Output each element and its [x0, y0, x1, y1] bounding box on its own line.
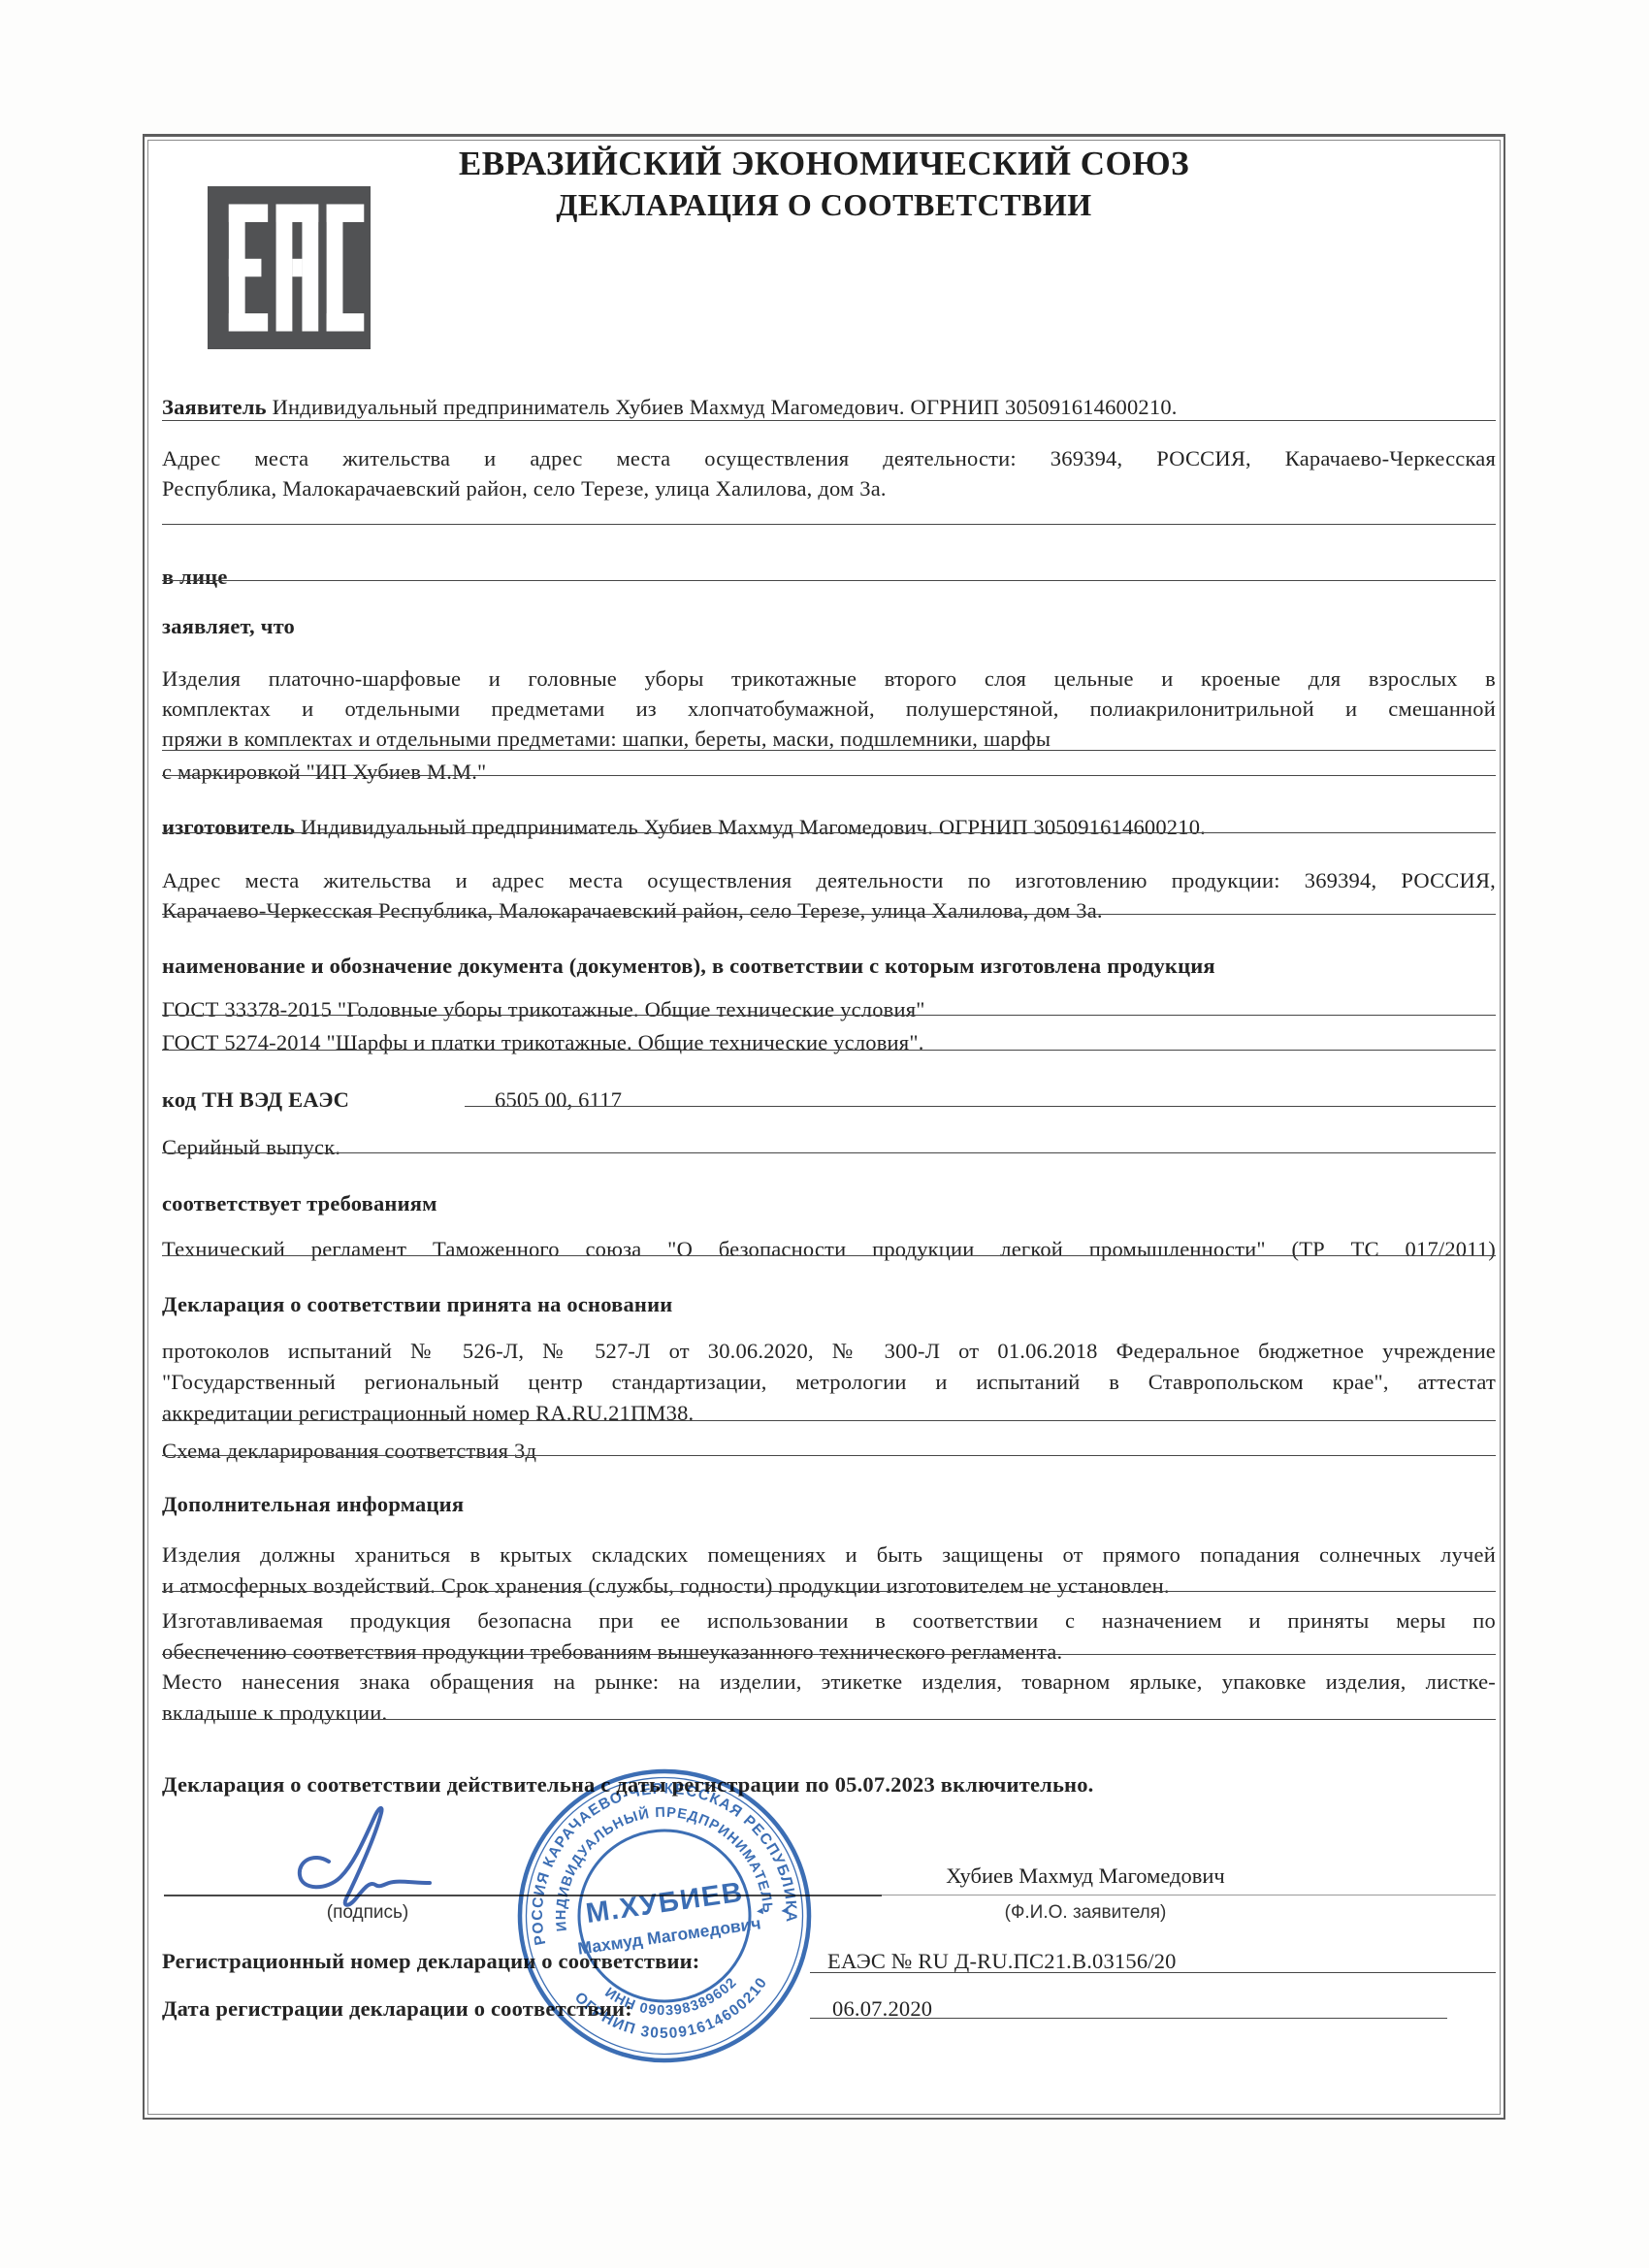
manufacturer-row: изготовитель Индивидуальный предпринимат…	[162, 813, 1496, 842]
safety-info: Изготавливаемая продукция безопасна при …	[162, 1605, 1496, 1668]
rule	[162, 1420, 1496, 1421]
rule	[162, 914, 1496, 915]
storage-info: Изделия должны храниться в крытых складс…	[162, 1539, 1496, 1602]
rule	[162, 1654, 1496, 1655]
docs-heading: наименование и обозначение документа (до…	[162, 952, 1496, 981]
manufacturer-address: Адрес места жительства и адрес места осу…	[162, 865, 1496, 925]
manufacturer-label: изготовитель	[162, 815, 295, 839]
rule	[162, 1455, 1496, 1456]
tnved-label: код ТН ВЭД ЕАЭС	[162, 1087, 349, 1112]
rule	[162, 750, 1496, 751]
basis-label: Декларация о соответствии принята на осн…	[162, 1290, 1496, 1319]
product-description: Изделия платочно-шарфовые и головные убо…	[162, 664, 1496, 754]
rule	[162, 832, 1496, 833]
rule	[810, 1972, 1496, 1973]
rule	[162, 1152, 1496, 1153]
stamp-separator-icon: ◄	[778, 1903, 791, 1918]
additional-label: Дополнительная информация	[162, 1490, 1496, 1519]
rule	[162, 775, 1496, 776]
rule	[162, 524, 1496, 525]
applicant-row: Заявитель Индивидуальный предприниматель…	[162, 393, 1496, 422]
declaration-document: ЕВРАЗИЙСКИЙ ЭКОНОМИЧЕСКИЙ СОЮЗ ДЕКЛАРАЦИ…	[143, 134, 1505, 2120]
gost-1: ГОСТ 33378-2015 "Головные уборы трикотаж…	[162, 995, 1496, 1024]
in-person-label: в лице	[162, 563, 1496, 592]
scanned-page: { "doc": { "header": { "union": "ЕВРАЗИЙ…	[0, 0, 1649, 2268]
rule	[465, 1106, 1496, 1107]
rule	[162, 1015, 1496, 1016]
complies-label: соответствует требованиям	[162, 1189, 1496, 1218]
declares-label: заявляет, что	[162, 612, 1496, 641]
rule	[162, 1050, 1496, 1051]
rule	[162, 1719, 1496, 1720]
union-title: ЕВРАЗИЙСКИЙ ЭКОНОМИЧЕСКИЙ СОЮЗ	[145, 145, 1503, 183]
marking-row: с маркировкой "ИП Хубиев М.М."	[162, 758, 1496, 787]
regulation-row: Технический регламент Таможенного союза …	[162, 1235, 1496, 1264]
applicant-label: Заявитель	[162, 395, 267, 419]
handwritten-signature	[271, 1798, 494, 1914]
rule	[162, 580, 1496, 581]
basis-protocols: протоколов испытаний № 526-Л, № 527-Л от…	[162, 1336, 1496, 1429]
rule	[162, 1591, 1496, 1592]
fio-caption: (Ф.И.О. заявителя)	[814, 1902, 1357, 1924]
applicant-value: Индивидуальный предприниматель Хубиев Ма…	[273, 395, 1178, 419]
applicant-address: Адрес места жительства и адрес места осу…	[162, 443, 1496, 503]
manufacturer-value: Индивидуальный предприниматель Хубиев Ма…	[301, 815, 1206, 839]
rule	[162, 420, 1496, 421]
registration-date-value: 06.07.2020	[832, 1994, 932, 2024]
registration-date-row: Дата регистрации декларации о соответств…	[162, 1994, 1496, 2024]
scheme-row: Схема декларирования соответствия 3д	[162, 1437, 1496, 1466]
fio-line	[882, 1895, 1496, 1895]
gost-2: ГОСТ 5274-2014 "Шарфы и платки трикотажн…	[162, 1028, 1496, 1057]
eac-mark-icon	[208, 185, 371, 350]
serial-row: Серийный выпуск.	[162, 1133, 1496, 1162]
company-stamp: РОССИЯ КАРАЧАЕВО-ЧЕРКЕССКАЯ РЕСПУБЛИКА О…	[509, 1761, 820, 2071]
rule	[162, 1255, 1496, 1256]
validity-row: Декларация о соответствии действительна …	[162, 1770, 1496, 1799]
tnved-row: код ТН ВЭД ЕАЭС 6505 00, 6117	[162, 1085, 1496, 1115]
tnved-value: 6505 00, 6117	[495, 1085, 622, 1115]
rule	[810, 2018, 1447, 2019]
applicant-fio: Хубиев Махмуд Магомедович	[814, 1863, 1357, 1889]
